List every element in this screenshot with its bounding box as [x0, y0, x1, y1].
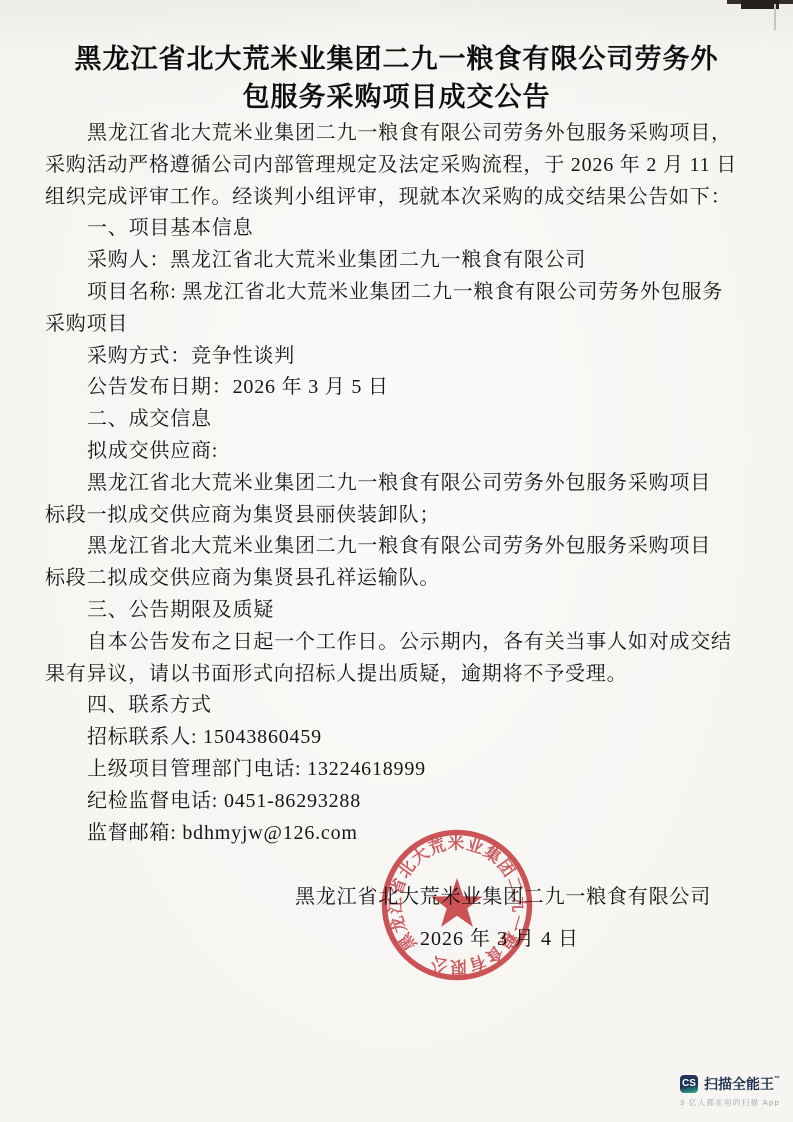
- section-heading-period: 三、公告期限及质疑: [45, 595, 755, 627]
- scan-artifact: [774, 4, 776, 30]
- body-line-discipline-phone: 纪检监督电话: 0451-86293288: [45, 786, 755, 818]
- camscanner-watermark: CS 扫描全能王™ 3 亿人都在用的扫描 App: [680, 1074, 780, 1108]
- camscanner-logo-icon: CS: [680, 1075, 698, 1093]
- body-line: 黑龙江省北大荒米业集团二九一粮食有限公司劳务外包服务采购项目: [45, 468, 755, 500]
- body-line: 采购项目: [45, 309, 755, 341]
- watermark-tagline: 3 亿人都在用的扫描 App: [680, 1097, 780, 1108]
- body-line-supplier-label: 拟成交供应商:: [45, 436, 755, 468]
- body-line: 组织完成评审工作。经谈判小组评审，现就本次采购的成交结果公告如下：: [45, 182, 755, 214]
- official-seal: 黑龙江省北大荒米业集团二九一粮食有限公司: [379, 827, 535, 983]
- watermark-app-name-text: 扫描全能王: [704, 1076, 774, 1092]
- body-line: 自本公告发布之日起一个工作日。公示期内，各有关当事人如对成交结: [45, 627, 755, 659]
- page-title-line-2: 包服务采购项目成交公告: [0, 78, 793, 116]
- body-line: 采购活动严格遵循公司内部管理规定及法定采购流程，于 2026 年 2 月 11 …: [45, 150, 755, 182]
- section-heading-basic-info: 一、项目基本信息: [45, 213, 755, 245]
- body-line-contact-person: 招标联系人: 15043860459: [45, 722, 755, 754]
- body-line-lot1-supplier: 标段一拟成交供应商为集贤县丽侠装卸队；: [45, 500, 755, 532]
- body-line: 黑龙江省北大荒米业集团二九一粮食有限公司劳务外包服务采购项目，: [45, 118, 755, 150]
- body-line-purchaser: 采购人：黑龙江省北大荒米业集团二九一粮食有限公司: [45, 245, 755, 277]
- body-line: 果有异议，请以书面形式向招标人提出质疑，逾期将不予受理。: [45, 659, 755, 691]
- trademark-symbol: ™: [774, 1076, 780, 1082]
- scanned-document-page: { "title": { "lines": [ "黑龙江省北大荒米业集团二九一粮…: [0, 0, 793, 1122]
- watermark-app-name: 扫描全能王™: [704, 1074, 780, 1094]
- body-line-management-phone: 上级项目管理部门电话: 13224618999: [45, 754, 755, 786]
- body-line: 黑龙江省北大荒米业集团二九一粮食有限公司劳务外包服务采购项目: [45, 531, 755, 563]
- page-title-line-1: 黑龙江省北大荒米业集团二九一粮食有限公司劳务外: [0, 40, 793, 78]
- body-line-publish-date: 公告发布日期：2026 年 3 月 5 日: [45, 372, 755, 404]
- page-title: 黑龙江省北大荒米业集团二九一粮食有限公司劳务外 包服务采购项目成交公告: [0, 40, 793, 116]
- body-line-lot2-supplier: 标段二拟成交供应商为集贤县孔祥运输队。: [45, 563, 755, 595]
- body-line-project-name: 项目名称: 黑龙江省北大荒米业集团二九一粮食有限公司劳务外包服务: [45, 277, 755, 309]
- section-heading-award-info: 二、成交信息: [45, 404, 755, 436]
- body-line-method: 采购方式：竞争性谈判: [45, 341, 755, 373]
- star-icon: [431, 878, 482, 927]
- watermark-row: CS 扫描全能王™: [680, 1074, 780, 1094]
- document-body: 黑龙江省北大荒米业集团二九一粮食有限公司劳务外包服务采购项目， 采购活动严格遵循…: [45, 118, 755, 849]
- section-heading-contact: 四、联系方式: [45, 690, 755, 722]
